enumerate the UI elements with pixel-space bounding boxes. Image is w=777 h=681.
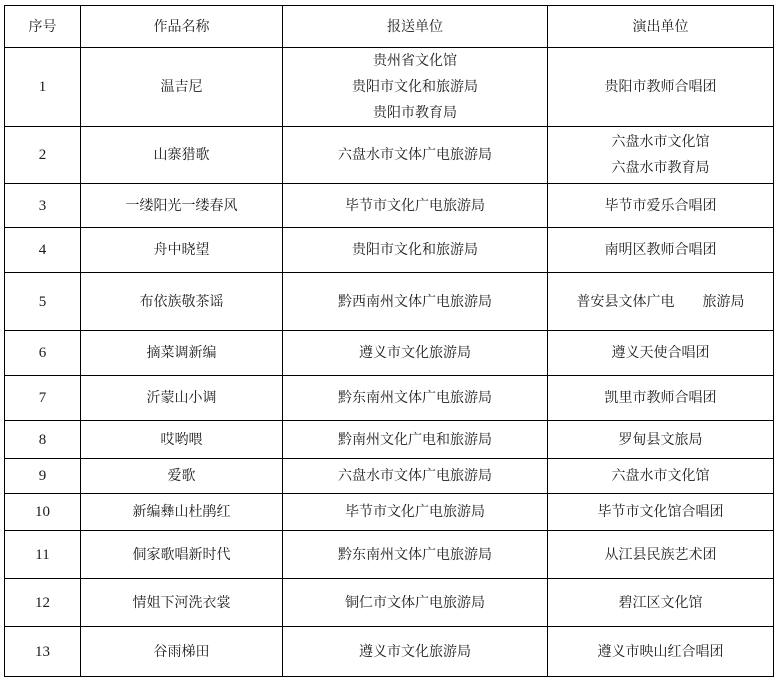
submitter-line: 黔东南州文体广电旅游局 — [283, 385, 547, 411]
header-submitter: 报送单位 — [283, 6, 548, 48]
cell-no: 8 — [5, 421, 81, 459]
cell-performer: 遵义天使合唱团 — [548, 331, 774, 376]
table-row: 5布依族敬茶谣黔西南州文体广电旅游局普安县文体广电 旅游局 — [5, 273, 774, 331]
cell-performer: 毕节市文化馆合唱团 — [548, 494, 774, 531]
table-row: 10新编彝山杜鹃红毕节市文化广电旅游局毕节市文化馆合唱团 — [5, 494, 774, 531]
cell-performer: 普安县文体广电 旅游局 — [548, 273, 774, 331]
submitter-line: 遵义市文化旅游局 — [283, 639, 547, 665]
cell-no: 1 — [5, 48, 81, 127]
submitter-line: 黔南州文化广电和旅游局 — [283, 427, 547, 453]
cell-submitter: 贵州省文化馆贵阳市文化和旅游局贵阳市教育局 — [283, 48, 548, 127]
table-row: 3一缕阳光一缕春风毕节市文化广电旅游局毕节市爱乐合唱团 — [5, 184, 774, 228]
table-row: 7沂蒙山小调黔东南州文体广电旅游局凯里市教师合唱团 — [5, 376, 774, 421]
cell-title: 新编彝山杜鹃红 — [81, 494, 283, 531]
submitter-line: 贵阳市文化和旅游局 — [283, 237, 547, 263]
cell-performer: 从江县民族艺术团 — [548, 531, 774, 579]
cell-title: 哎哟喂 — [81, 421, 283, 459]
table-row: 9爱歌六盘水市文体广电旅游局六盘水市文化馆 — [5, 459, 774, 494]
submitter-line: 毕节市文化广电旅游局 — [283, 499, 547, 525]
submitter-line: 遵义市文化旅游局 — [283, 340, 547, 366]
header-title: 作品名称 — [81, 6, 283, 48]
cell-no: 13 — [5, 627, 81, 677]
cell-title: 爱歌 — [81, 459, 283, 494]
cell-title: 谷雨梯田 — [81, 627, 283, 677]
cell-no: 7 — [5, 376, 81, 421]
table-row: 6摘菜调新编遵义市文化旅游局遵义天使合唱团 — [5, 331, 774, 376]
submitter-line: 贵阳市教育局 — [283, 100, 547, 126]
submitter-line: 毕节市文化广电旅游局 — [283, 193, 547, 219]
table-row: 11侗家歌唱新时代黔东南州文体广电旅游局从江县民族艺术团 — [5, 531, 774, 579]
cell-no: 9 — [5, 459, 81, 494]
table-row: 4舟中晓望贵阳市文化和旅游局南明区教师合唱团 — [5, 228, 774, 273]
cell-submitter: 毕节市文化广电旅游局 — [283, 184, 548, 228]
cell-submitter: 六盘水市文体广电旅游局 — [283, 127, 548, 184]
performer-line: 南明区教师合唱团 — [548, 237, 773, 263]
cell-submitter: 遵义市文化旅游局 — [283, 331, 548, 376]
performer-line: 六盘水市教育局 — [548, 155, 773, 181]
submitter-line: 黔西南州文体广电旅游局 — [283, 289, 547, 315]
cell-submitter: 铜仁市文体广电旅游局 — [283, 579, 548, 627]
cell-title: 温吉尼 — [81, 48, 283, 127]
submitter-line: 黔东南州文体广电旅游局 — [283, 542, 547, 568]
works-table: 序号 作品名称 报送单位 演出单位 1温吉尼贵州省文化馆贵阳市文化和旅游局贵阳市… — [4, 5, 774, 677]
cell-performer: 六盘水市文化馆六盘水市教育局 — [548, 127, 774, 184]
cell-no: 12 — [5, 579, 81, 627]
cell-submitter: 贵阳市文化和旅游局 — [283, 228, 548, 273]
performer-line: 遵义市映山红合唱团 — [548, 639, 773, 665]
performer-line: 罗甸县文旅局 — [548, 427, 773, 453]
cell-title: 山寨猎歌 — [81, 127, 283, 184]
cell-performer: 毕节市爱乐合唱团 — [548, 184, 774, 228]
table-row: 2山寨猎歌六盘水市文体广电旅游局六盘水市文化馆六盘水市教育局 — [5, 127, 774, 184]
performer-line: 碧江区文化馆 — [548, 590, 773, 616]
cell-no: 2 — [5, 127, 81, 184]
cell-no: 4 — [5, 228, 81, 273]
performer-line: 遵义天使合唱团 — [548, 340, 773, 366]
cell-submitter: 遵义市文化旅游局 — [283, 627, 548, 677]
cell-performer: 贵阳市教师合唱团 — [548, 48, 774, 127]
performer-line: 毕节市爱乐合唱团 — [548, 193, 773, 219]
cell-submitter: 黔东南州文体广电旅游局 — [283, 531, 548, 579]
cell-title: 侗家歌唱新时代 — [81, 531, 283, 579]
submitter-line: 六盘水市文体广电旅游局 — [283, 142, 547, 168]
table-row: 13谷雨梯田遵义市文化旅游局遵义市映山红合唱团 — [5, 627, 774, 677]
header-row: 序号 作品名称 报送单位 演出单位 — [5, 6, 774, 48]
submitter-line: 贵阳市文化和旅游局 — [283, 74, 547, 100]
cell-title: 摘菜调新编 — [81, 331, 283, 376]
cell-performer: 遵义市映山红合唱团 — [548, 627, 774, 677]
cell-title: 布依族敬茶谣 — [81, 273, 283, 331]
cell-title: 舟中晓望 — [81, 228, 283, 273]
performer-line: 毕节市文化馆合唱团 — [548, 499, 773, 525]
cell-no: 11 — [5, 531, 81, 579]
cell-submitter: 黔东南州文体广电旅游局 — [283, 376, 548, 421]
table-row: 8哎哟喂黔南州文化广电和旅游局罗甸县文旅局 — [5, 421, 774, 459]
cell-no: 6 — [5, 331, 81, 376]
performer-line: 从江县民族艺术团 — [548, 542, 773, 568]
submitter-line: 六盘水市文体广电旅游局 — [283, 463, 547, 489]
submitter-line: 贵州省文化馆 — [283, 48, 547, 74]
header-performer: 演出单位 — [548, 6, 774, 48]
cell-performer: 罗甸县文旅局 — [548, 421, 774, 459]
performer-line: 普安县文体广电 旅游局 — [548, 289, 773, 315]
cell-no: 5 — [5, 273, 81, 331]
cell-performer: 六盘水市文化馆 — [548, 459, 774, 494]
submitter-line: 铜仁市文体广电旅游局 — [283, 590, 547, 616]
cell-performer: 南明区教师合唱团 — [548, 228, 774, 273]
cell-title: 沂蒙山小调 — [81, 376, 283, 421]
cell-title: 情姐下河洗衣裳 — [81, 579, 283, 627]
cell-submitter: 毕节市文化广电旅游局 — [283, 494, 548, 531]
table-row: 12情姐下河洗衣裳铜仁市文体广电旅游局碧江区文化馆 — [5, 579, 774, 627]
table-row: 1温吉尼贵州省文化馆贵阳市文化和旅游局贵阳市教育局贵阳市教师合唱团 — [5, 48, 774, 127]
cell-no: 3 — [5, 184, 81, 228]
cell-performer: 碧江区文化馆 — [548, 579, 774, 627]
cell-title: 一缕阳光一缕春风 — [81, 184, 283, 228]
header-no: 序号 — [5, 6, 81, 48]
cell-submitter: 黔南州文化广电和旅游局 — [283, 421, 548, 459]
performer-line: 凯里市教师合唱团 — [548, 385, 773, 411]
cell-performer: 凯里市教师合唱团 — [548, 376, 774, 421]
cell-no: 10 — [5, 494, 81, 531]
cell-submitter: 六盘水市文体广电旅游局 — [283, 459, 548, 494]
performer-line: 六盘水市文化馆 — [548, 463, 773, 489]
cell-submitter: 黔西南州文体广电旅游局 — [283, 273, 548, 331]
performer-line: 六盘水市文化馆 — [548, 129, 773, 155]
performer-line: 贵阳市教师合唱团 — [548, 74, 773, 100]
